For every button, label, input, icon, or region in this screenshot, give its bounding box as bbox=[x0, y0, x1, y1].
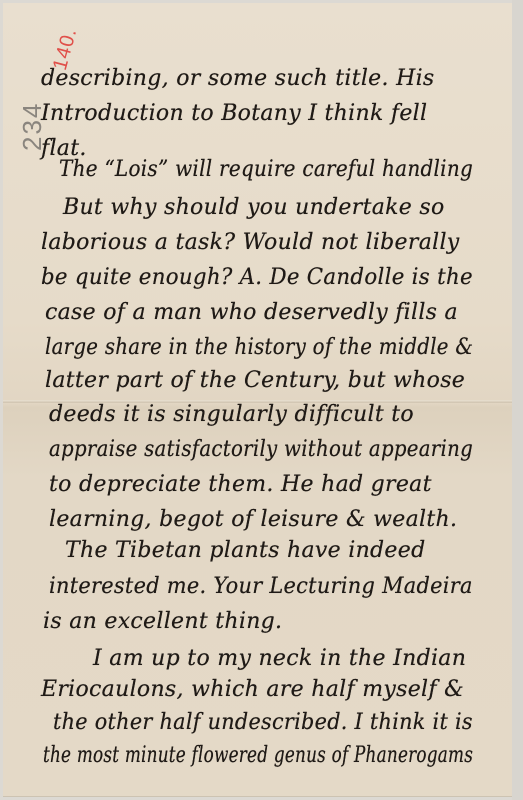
text-line: the most minute flowered genus of Phaner… bbox=[43, 743, 473, 768]
document-frame: 140. 234 describing, or some such title.… bbox=[0, 0, 523, 800]
text-line: laborious a task? Would not liberally bbox=[41, 230, 460, 255]
text-line: The Tibetan plants have indeed bbox=[65, 538, 425, 563]
text-line: deeds it is singularly difficult to bbox=[49, 402, 414, 427]
text-line: But why should you undertake so bbox=[63, 195, 445, 220]
text-line: interested me. Your Lecturing Madeira bbox=[49, 574, 473, 599]
scan-margin-strip bbox=[512, 0, 523, 800]
letter-page: 140. 234 describing, or some such title.… bbox=[3, 3, 512, 796]
text-line: large share in the history of the middle… bbox=[45, 335, 473, 360]
text-line: is an excellent thing. bbox=[43, 609, 282, 634]
text-line: latter part of the Century, but whose bbox=[45, 368, 465, 393]
text-line: the other half undescribed. I think it i… bbox=[53, 710, 473, 735]
handwritten-text-body: describing, or some such title. His Intr… bbox=[3, 3, 512, 796]
text-line: The “Lois” will require careful handling bbox=[59, 157, 473, 182]
text-line: be quite enough? A. De Candolle is the bbox=[41, 265, 473, 290]
text-line: to depreciate them. He had great bbox=[49, 472, 432, 497]
text-line: learning, begot of leisure & wealth. bbox=[49, 507, 457, 532]
text-line: describing, or some such title. His bbox=[41, 66, 435, 91]
text-line: appraise satisfactorily without appearin… bbox=[49, 437, 473, 462]
text-line: Eriocaulons, which are half myself & bbox=[41, 677, 464, 702]
text-line: Introduction to Botany I think fell bbox=[41, 101, 427, 126]
text-line: case of a man who deservedly fills a bbox=[45, 300, 458, 325]
text-line: I am up to my neck in the Indian bbox=[93, 646, 466, 671]
